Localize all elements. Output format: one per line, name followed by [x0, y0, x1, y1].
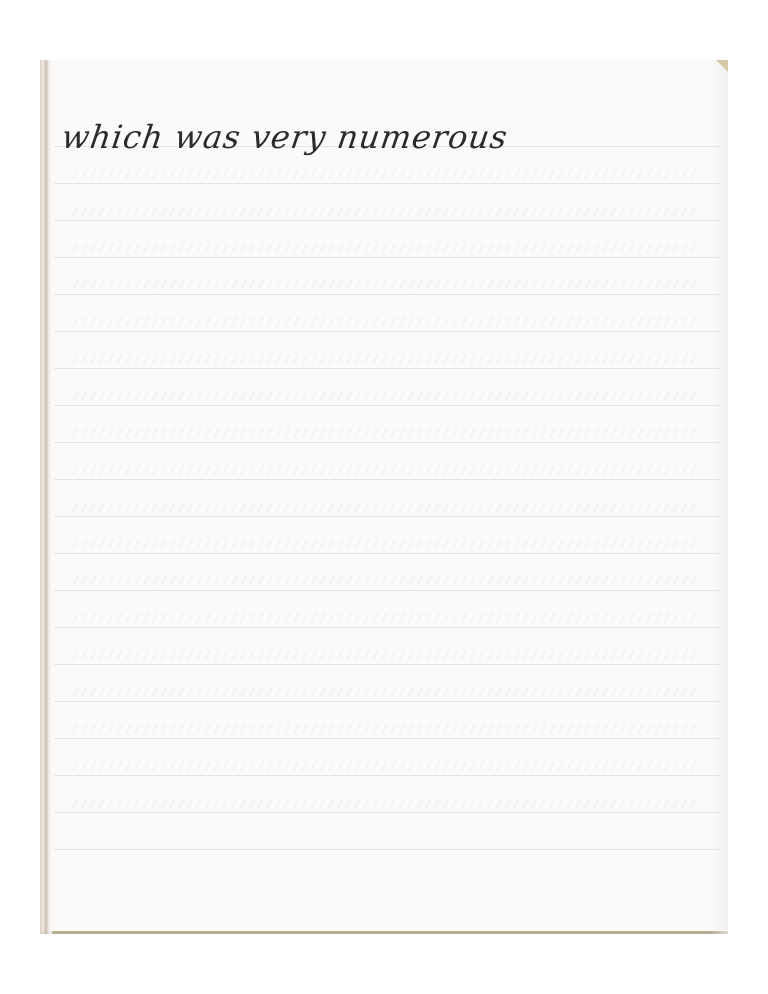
bleed-through-text [70, 724, 698, 734]
bleed-through-text [70, 243, 698, 253]
ruled-line [54, 368, 720, 369]
bleed-through-text [70, 206, 698, 216]
bleed-through-text [70, 465, 698, 475]
ruled-line [54, 849, 720, 850]
bleed-through-text [70, 428, 698, 438]
ruled-line [54, 812, 720, 813]
ruled-line [54, 627, 720, 628]
bleed-through-text [70, 576, 698, 586]
bleed-through-text [70, 798, 698, 808]
bleed-through-text [70, 317, 698, 327]
bleed-through-text [70, 280, 698, 290]
ruled-line [54, 553, 720, 554]
ruled-line [54, 405, 720, 406]
ruled-line [54, 331, 720, 332]
ruled-line [54, 590, 720, 591]
bleed-through-text [70, 169, 698, 179]
bleed-through-text [70, 650, 698, 660]
ruled-line [54, 220, 720, 221]
folded-corner [716, 60, 728, 72]
bleed-through-text [70, 502, 698, 512]
bleed-through-text [70, 539, 698, 549]
bleed-through-text [70, 761, 698, 771]
bleed-through-text [70, 354, 698, 364]
binding-edge [40, 60, 52, 934]
ruled-line [54, 294, 720, 295]
ruled-line [54, 775, 720, 776]
ruled-line [54, 664, 720, 665]
ruled-line [54, 183, 720, 184]
ruled-line [54, 442, 720, 443]
handwritten-text: which was very numerous [59, 118, 510, 156]
ruled-line [54, 701, 720, 702]
bleed-through-text [70, 687, 698, 697]
ruled-line [54, 738, 720, 739]
ruled-line [54, 479, 720, 480]
scanned-image: which was very numerous [0, 0, 768, 994]
bleed-through-text [70, 613, 698, 623]
ruled-line [54, 257, 720, 258]
ruled-line [54, 516, 720, 517]
notebook-page: which was very numerous [40, 60, 728, 934]
page-edge-shadow [710, 60, 728, 934]
bleed-through-text [70, 391, 698, 401]
